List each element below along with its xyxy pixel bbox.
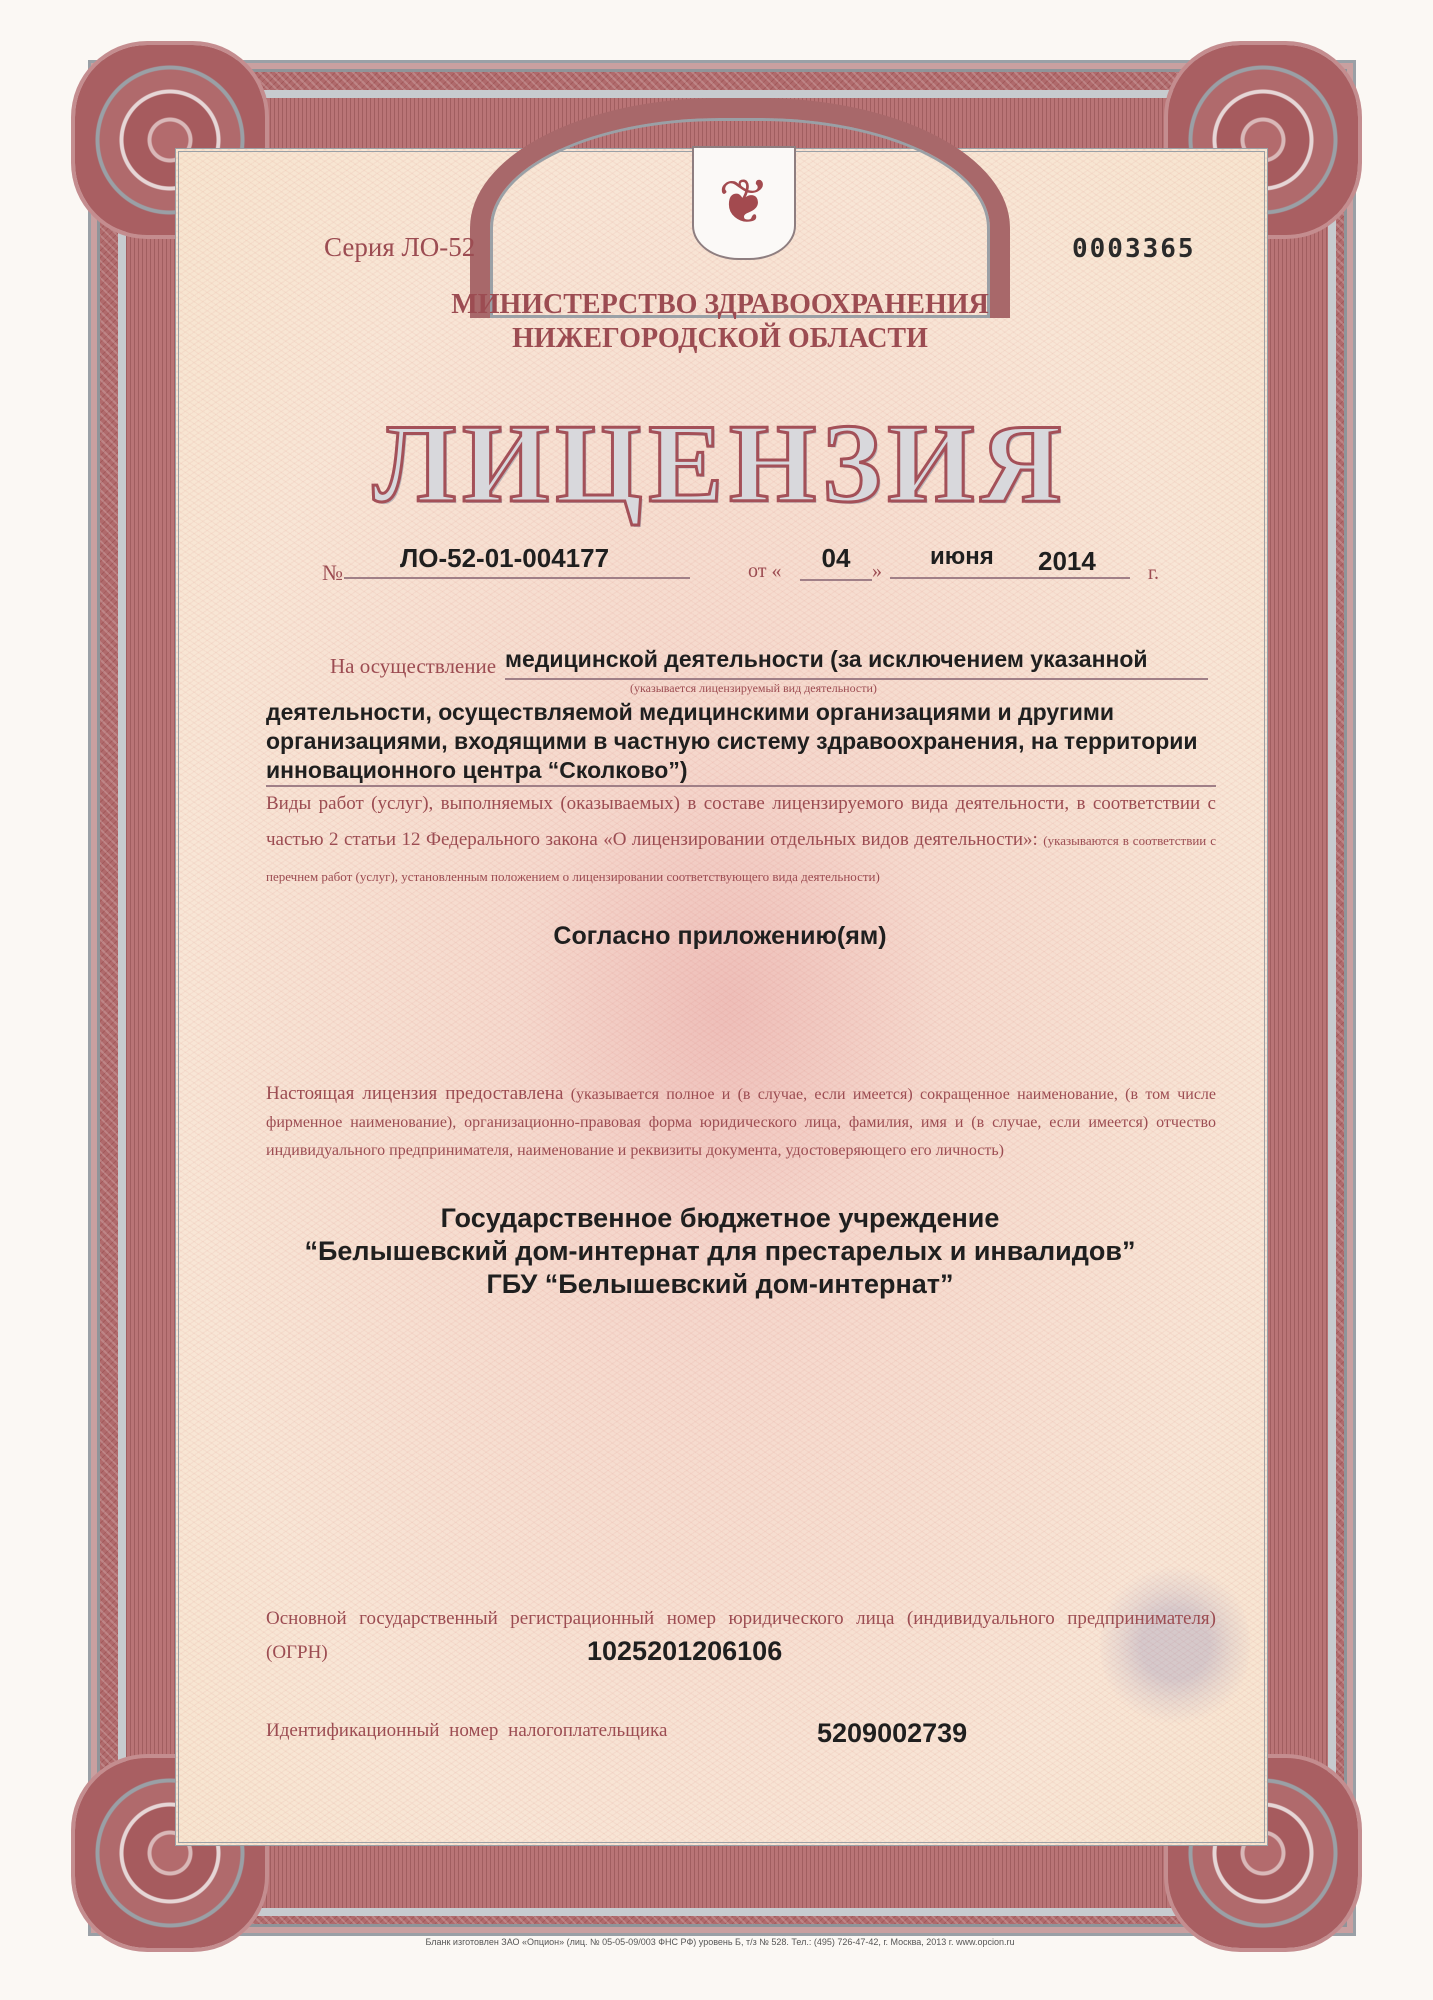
activity-value-line-1: медицинской деятельности (за исключением… bbox=[505, 646, 1208, 680]
document-title: ЛИЦЕНЗИЯ bbox=[300, 400, 1140, 529]
grantee-label: Настоящая лицензия предоставлена bbox=[266, 1083, 563, 1104]
activity-value-continued: деятельности, осуществляемой медицинским… bbox=[266, 698, 1216, 787]
year-suffix: г. bbox=[1148, 562, 1159, 585]
ministry-line-2: НИЖЕГОРОДСКОЙ ОБЛАСТИ bbox=[300, 322, 1140, 356]
license-year: 2014 bbox=[1038, 546, 1096, 577]
license-day: 04 bbox=[800, 543, 872, 581]
series-label: Серия ЛО-52 bbox=[324, 232, 475, 263]
inn-label: Идентификационный номер налогоплательщик… bbox=[266, 1720, 667, 1742]
date-close-quote: » bbox=[872, 560, 882, 583]
ministry-line-1: МИНИСТЕРСТВО ЗДРАВООХРАНЕНИЯ bbox=[300, 288, 1140, 322]
number-sign: № bbox=[322, 560, 343, 586]
russian-coat-of-arms-icon: ❦ bbox=[692, 146, 796, 260]
grantee-section: Настоящая лицензия предоставлена (указыв… bbox=[266, 1080, 1216, 1165]
activity-label: На осуществление bbox=[330, 654, 496, 679]
printer-imprint: Бланк изготовлен ЗАО «Опцион» (лиц. № 05… bbox=[300, 1937, 1140, 1947]
blank-number: 0003365 bbox=[1072, 234, 1196, 264]
activity-value-line-4: инновационного центра “Сколково”) bbox=[266, 756, 1216, 787]
org-line-2: “Белышевский дом-интернат для престарелы… bbox=[300, 1235, 1140, 1268]
org-line-3: ГБУ “Белышевский дом-интернат” bbox=[300, 1268, 1140, 1301]
activity-hint: (указывается лицензируемый вид деятельно… bbox=[630, 681, 877, 696]
activity-value-line-2: деятельности, осуществляемой медицинским… bbox=[266, 699, 1114, 725]
issuing-authority: МИНИСТЕРСТВО ЗДРАВООХРАНЕНИЯ НИЖЕГОРОДСК… bbox=[300, 288, 1140, 356]
works-value: Согласно приложению(ям) bbox=[300, 922, 1140, 951]
works-section: Виды работ (услуг), выполняемых (оказыва… bbox=[266, 786, 1216, 894]
inn-value: 5209002739 bbox=[817, 1718, 967, 1749]
ogrn-value: 1025201206106 bbox=[587, 1636, 782, 1667]
organization-name: Государственное бюджетное учреждение “Бе… bbox=[300, 1202, 1140, 1301]
org-line-1: Государственное бюджетное учреждение bbox=[300, 1202, 1140, 1235]
license-number: ЛО-52-01-004177 bbox=[344, 543, 690, 579]
date-from-label: от « bbox=[748, 560, 781, 583]
activity-value-line-3: организациями, входящими в частную систе… bbox=[266, 728, 1198, 754]
